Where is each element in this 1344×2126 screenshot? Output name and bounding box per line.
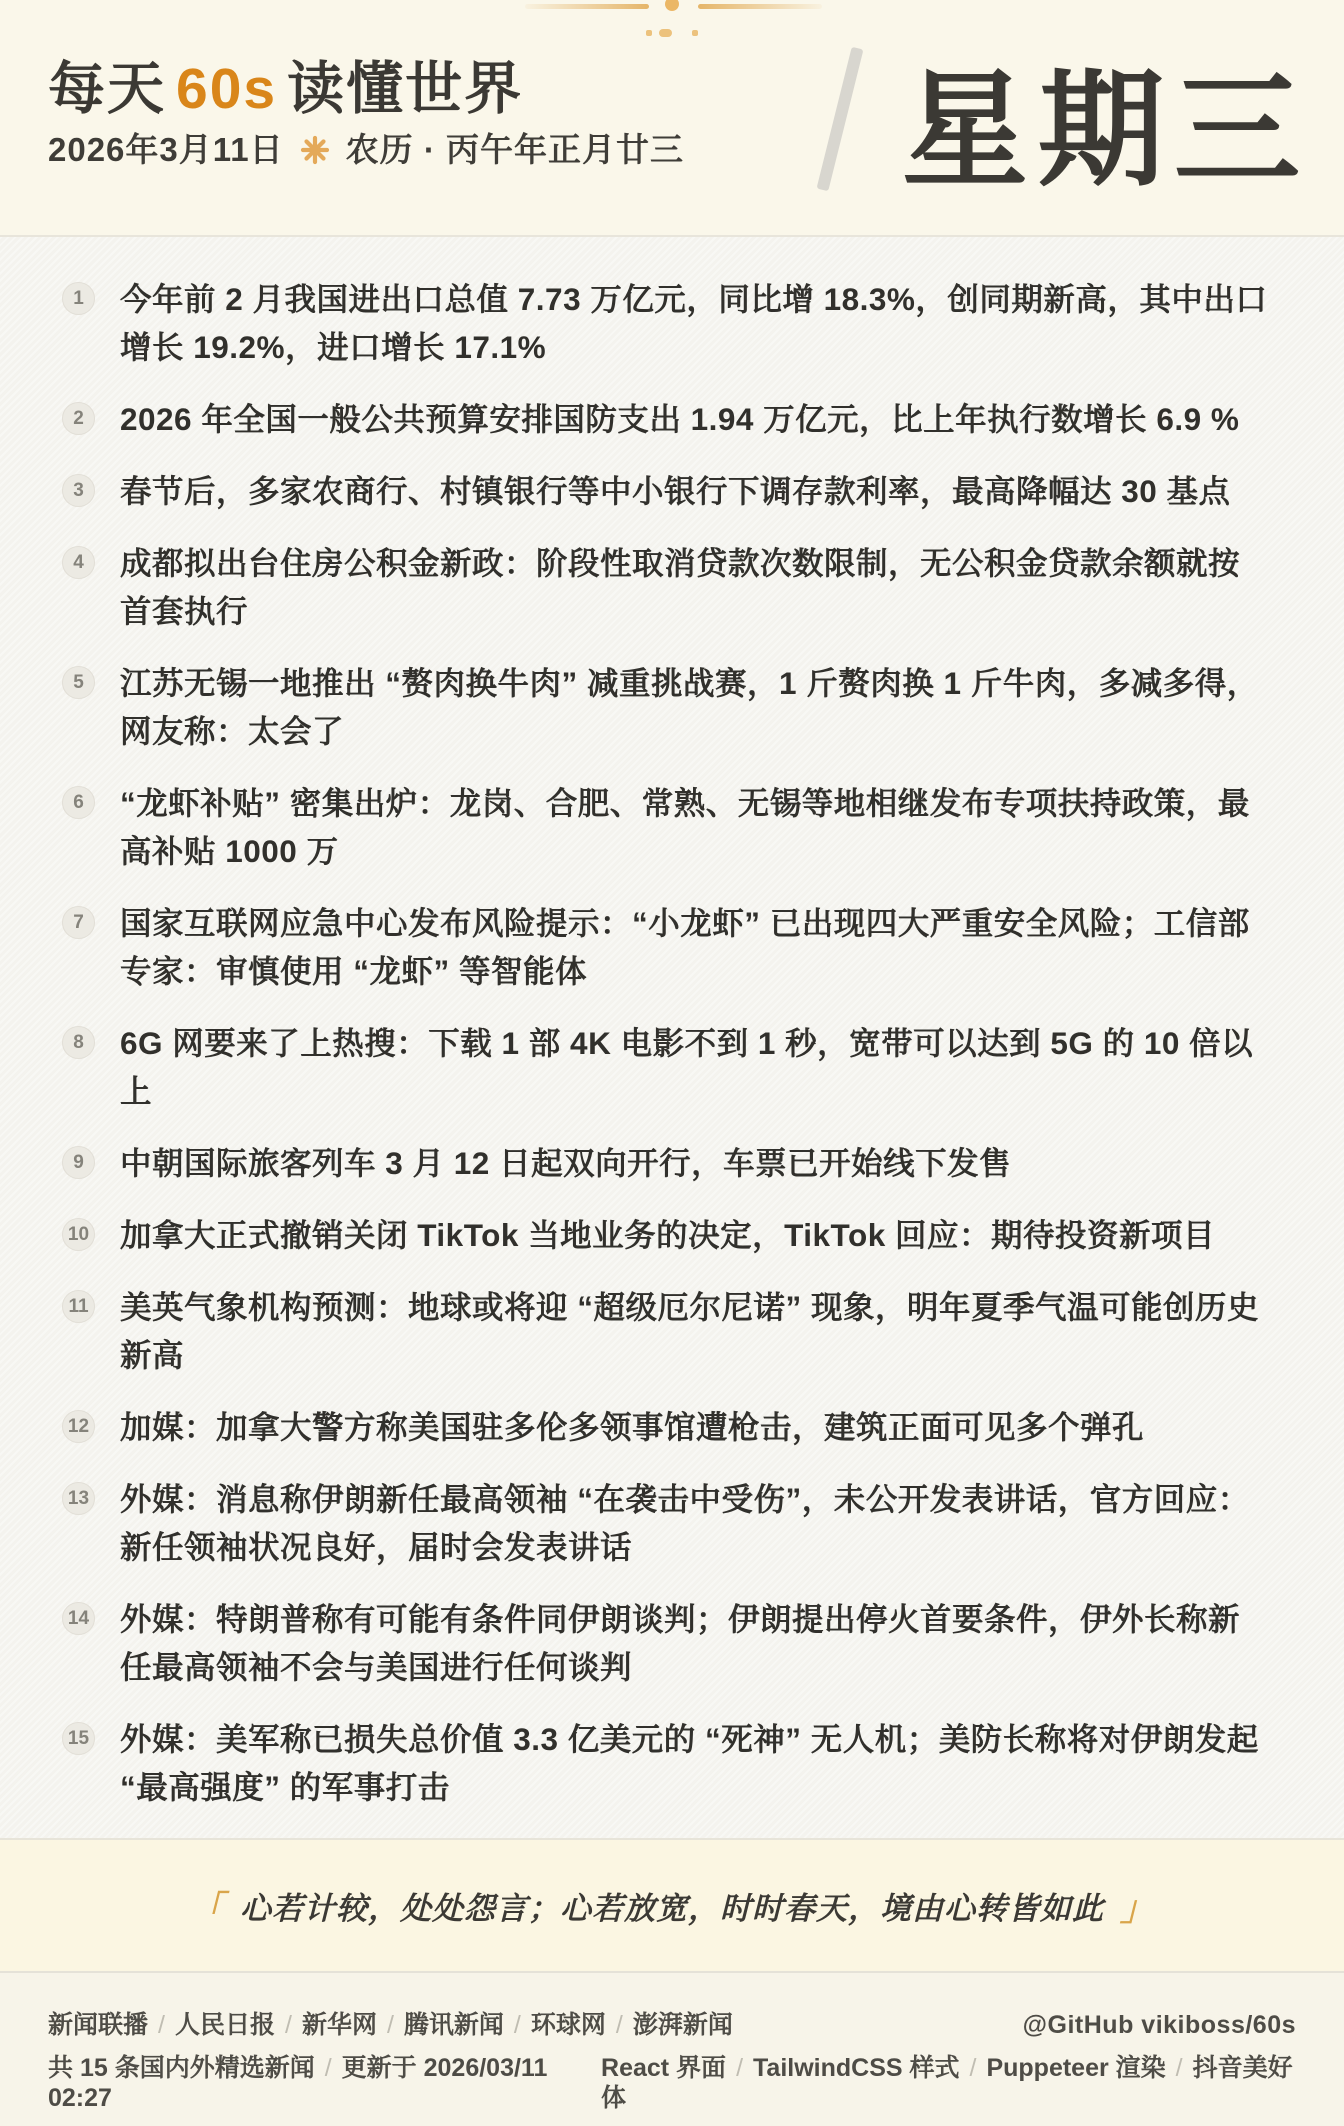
- news-item-text: 外媒：美军称已损失总价值 3.3 亿美元的 “死神” 无人机；美防长称将对伊朗发…: [120, 1715, 1268, 1811]
- news-item-text: 美英气象机构预测：地球或将迎 “超级厄尔尼诺” 现象，明年夏季气温可能创历史新高: [120, 1283, 1268, 1379]
- footer-row-2: 共 15 条国内外精选新闻/更新于 2026/03/11 02:27 React…: [48, 2053, 1296, 2113]
- title-suffix: 读懂世界: [287, 57, 523, 121]
- header: 每天60s读懂世界 2026年3月11日 农历 · 丙午年正月廿三: [0, 0, 1344, 237]
- news-item-number-badge: 9: [62, 1146, 95, 1179]
- github-credit: @GitHub vikiboss/60s: [1023, 2010, 1296, 2040]
- news-item: 13 外媒：消息称伊朗新任最高领袖 “在袭击中受伤”，未公开发表讲话，官方回应：…: [62, 1475, 1268, 1571]
- news-item-text: 加媒：加拿大警方称美国驻多伦多领事馆遭枪击，建筑正面可见多个弹孔: [120, 1403, 1144, 1451]
- slash-divider: [817, 46, 864, 191]
- news-item: 11 美英气象机构预测：地球或将迎 “超级厄尔尼诺” 现象，明年夏季气温可能创历…: [62, 1283, 1268, 1379]
- news-item-number-badge: 5: [62, 666, 95, 699]
- source-item: 新华网: [302, 2011, 377, 2039]
- footer-row-1: 新闻联播/人民日报/新华网/腾讯新闻/环球网/澎湃新闻 @GitHub viki…: [48, 2010, 1296, 2040]
- quote-section: 「 心若计较，处处怨言；心若放宽，时时春天，境由心转皆如此 」: [0, 1838, 1344, 1973]
- news-item-text: 加拿大正式撤销关闭 TikTok 当地业务的决定，TikTok 回应：期待投资新…: [120, 1211, 1215, 1259]
- source-item: 澎湃新闻: [633, 2011, 733, 2039]
- title-prefix: 每天: [48, 57, 166, 121]
- news-item: 10 加拿大正式撤销关闭 TikTok 当地业务的决定，TikTok 回应：期待…: [62, 1211, 1268, 1259]
- news-item-number-badge: 2: [62, 402, 95, 435]
- separator: /: [325, 2054, 332, 2082]
- news-item-number-badge: 8: [62, 1026, 95, 1059]
- news-item-text: “龙虾补贴” 密集出炉：龙岗、合肥、常熟、无锡等地相继发布专项扶持政策，最高补贴…: [120, 779, 1268, 875]
- news-item-number-badge: 15: [62, 1722, 95, 1755]
- news-item-number-badge: 13: [62, 1482, 95, 1515]
- separator: /: [158, 2011, 165, 2039]
- tech-item: React 界面: [601, 2054, 726, 2082]
- news-item: 4 成都拟出台住房公积金新政：阶段性取消贷款次数限制，无公积金贷款余额就按首套执…: [62, 539, 1268, 635]
- news-item: 6 “龙虾补贴” 密集出炉：龙岗、合肥、常熟、无锡等地相继发布专项扶持政策，最高…: [62, 779, 1268, 875]
- news-item-number-badge: 12: [62, 1410, 95, 1443]
- news-item-text: 中朝国际旅客列车 3 月 12 日起双向开行，车票已开始线下发售: [120, 1139, 1011, 1187]
- news-item-number-badge: 11: [62, 1290, 95, 1323]
- news-item-number-badge: 4: [62, 546, 95, 579]
- news-item-text: 外媒：特朗普称有可能有条件同伊朗谈判；伊朗提出停火首要条件，伊外长称新任最高领袖…: [120, 1595, 1268, 1691]
- news-item-text: 成都拟出台住房公积金新政：阶段性取消贷款次数限制，无公积金贷款余额就按首套执行: [120, 539, 1268, 635]
- quote-text: 心若计较，处处怨言；心若放宽，时时春天，境由心转皆如此: [240, 1883, 1104, 1928]
- tech-stack: React 界面/TailwindCSS 样式/Puppeteer 渲染/抖音美…: [601, 2053, 1296, 2113]
- page-title: 每天60s读懂世界: [48, 57, 684, 121]
- source-item: 人民日报: [175, 2011, 275, 2039]
- news-item-number-badge: 10: [62, 1218, 95, 1251]
- news-item-text: 2026 年全国一般公共预算安排国防支出 1.94 万亿元，比上年执行数增长 6…: [120, 395, 1239, 443]
- news-item-number-badge: 1: [62, 282, 95, 315]
- tech-item: TailwindCSS 样式: [753, 2054, 960, 2082]
- news-item: 2 2026 年全国一般公共预算安排国防支出 1.94 万亿元，比上年执行数增长…: [62, 395, 1268, 443]
- lunar-date: 农历 · 丙午年正月廿三: [346, 133, 684, 167]
- source-item: 腾讯新闻: [404, 2011, 504, 2039]
- summary-item: 共 15 条国内外精选新闻: [48, 2054, 315, 2082]
- news-item-number-badge: 14: [62, 1602, 95, 1635]
- news-item: 14 外媒：特朗普称有可能有条件同伊朗谈判；伊朗提出停火首要条件，伊外长称新任最…: [62, 1595, 1268, 1691]
- weekday-label: 星期三: [902, 30, 1310, 211]
- header-right: 星期三: [834, 0, 1300, 235]
- news-sources: 新闻联播/人民日报/新华网/腾讯新闻/环球网/澎湃新闻: [48, 2010, 733, 2040]
- tech-item: Puppeteer 渲染: [986, 2054, 1165, 2082]
- gregorian-date: 2026年3月11日: [48, 133, 284, 167]
- ornament-dot-right: [692, 30, 698, 36]
- news-item-number-badge: 7: [62, 906, 95, 939]
- news-item: 7 国家互联网应急中心发布风险提示：“小龙虾” 已出现四大严重安全风险；工信部专…: [62, 899, 1268, 995]
- news-item: 12 加媒：加拿大警方称美国驻多伦多领事馆遭枪击，建筑正面可见多个弹孔: [62, 1403, 1268, 1451]
- news-item: 15 外媒：美军称已损失总价值 3.3 亿美元的 “死神” 无人机；美防长称将对…: [62, 1715, 1268, 1811]
- footer-summary: 共 15 条国内外精选新闻/更新于 2026/03/11 02:27: [48, 2053, 601, 2113]
- daily-news-poster: 每天60s读懂世界 2026年3月11日 农历 · 丙午年正月廿三: [0, 0, 1344, 2126]
- quote-close-bracket: 」: [1120, 1881, 1155, 1930]
- separator: /: [514, 2011, 521, 2039]
- news-item-text: 外媒：消息称伊朗新任最高领袖 “在袭击中受伤”，未公开发表讲话，官方回应：新任领…: [120, 1475, 1268, 1571]
- date-row: 2026年3月11日 农历 · 丙午年正月廿三: [48, 133, 684, 167]
- separator: /: [285, 2011, 292, 2039]
- news-list: 1 今年前 2 月我国进出口总值 7.73 万亿元，同比增 18.3%，创同期新…: [0, 237, 1344, 1811]
- quote-open-bracket: 「: [189, 1881, 224, 1930]
- news-item-text: 国家互联网应急中心发布风险提示：“小龙虾” 已出现四大严重安全风险；工信部专家：…: [120, 899, 1268, 995]
- source-item: 新闻联播: [48, 2011, 148, 2039]
- news-item-number-badge: 3: [62, 474, 95, 507]
- asterisk-icon: [300, 135, 330, 165]
- news-item: 5 江苏无锡一地推出 “赘肉换牛肉” 减重挑战赛，1 斤赘肉换 1 斤牛肉，多减…: [62, 659, 1268, 755]
- separator: /: [736, 2054, 743, 2082]
- separator: /: [1176, 2054, 1183, 2082]
- news-item: 1 今年前 2 月我国进出口总值 7.73 万亿元，同比增 18.3%，创同期新…: [62, 275, 1268, 371]
- news-item: 3 春节后，多家农商行、村镇银行等中小银行下调存款利率，最高降幅达 30 基点: [62, 467, 1268, 515]
- news-item: 8 6G 网要来了上热搜：下载 1 部 4K 电影不到 1 秒，宽带可以达到 5…: [62, 1019, 1268, 1115]
- news-item: 9 中朝国际旅客列车 3 月 12 日起双向开行，车票已开始线下发售: [62, 1139, 1268, 1187]
- news-section: 1 今年前 2 月我国进出口总值 7.73 万亿元，同比增 18.3%，创同期新…: [0, 237, 1344, 1838]
- news-item-text: 6G 网要来了上热搜：下载 1 部 4K 电影不到 1 秒，宽带可以达到 5G …: [120, 1019, 1268, 1115]
- news-item-text: 今年前 2 月我国进出口总值 7.73 万亿元，同比增 18.3%，创同期新高，…: [120, 275, 1268, 371]
- title-60s-highlight: 60s: [176, 57, 277, 121]
- ornament-line-right: [698, 4, 822, 9]
- news-item-text: 江苏无锡一地推出 “赘肉换牛肉” 减重挑战赛，1 斤赘肉换 1 斤牛肉，多减多得…: [120, 659, 1268, 755]
- news-item-number-badge: 6: [62, 786, 95, 819]
- source-item: 环球网: [531, 2011, 606, 2039]
- news-item-text: 春节后，多家农商行、村镇银行等中小银行下调存款利率，最高降幅达 30 基点: [120, 467, 1231, 515]
- separator: /: [387, 2011, 394, 2039]
- separator: /: [970, 2054, 977, 2082]
- header-left: 每天60s读懂世界 2026年3月11日 农历 · 丙午年正月廿三: [48, 0, 684, 235]
- separator: /: [616, 2011, 623, 2039]
- footer: 新闻联播/人民日报/新华网/腾讯新闻/环球网/澎湃新闻 @GitHub viki…: [0, 1973, 1344, 2126]
